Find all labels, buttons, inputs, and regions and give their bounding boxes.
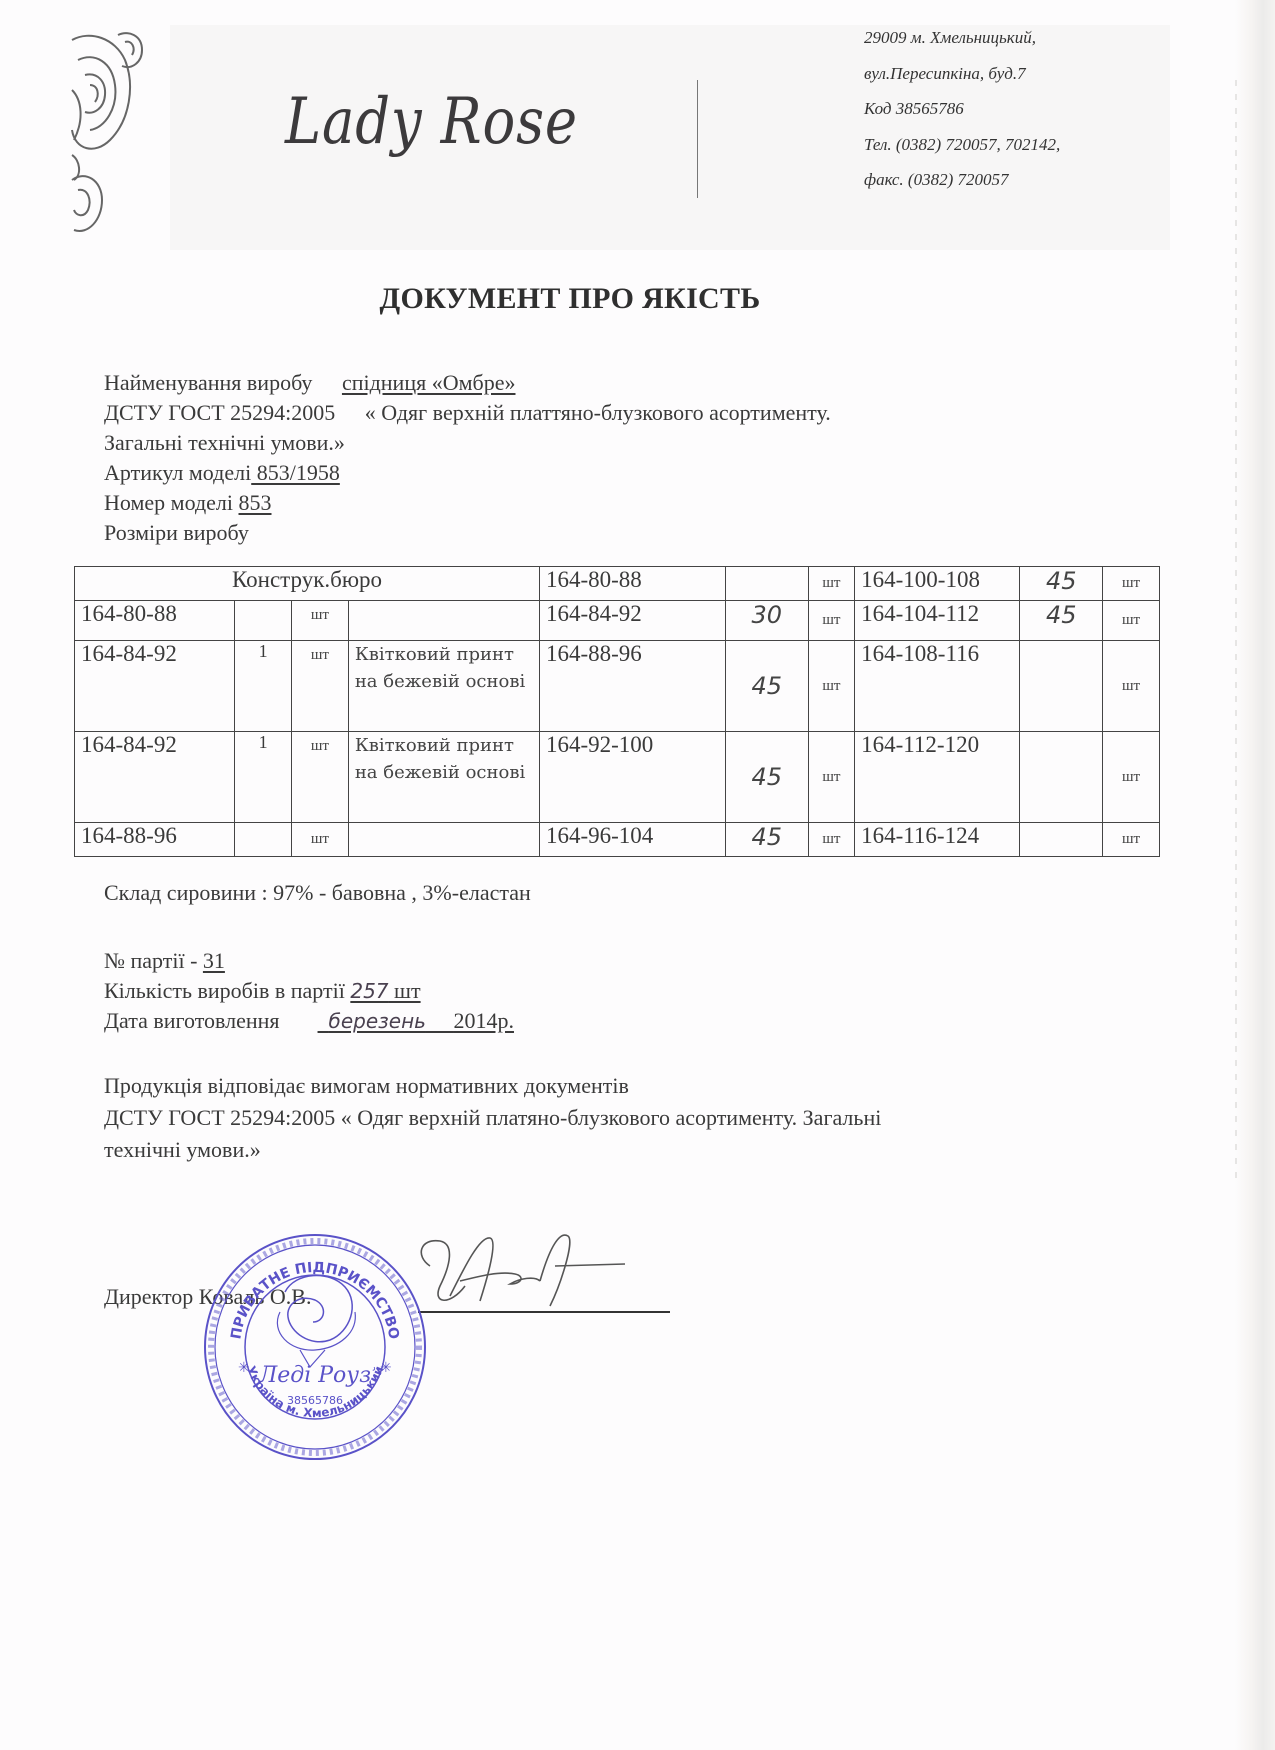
qty-cell (1020, 641, 1103, 732)
qty-cell: 45 (725, 823, 808, 857)
batch-count-value: 257 (350, 979, 388, 1003)
brand-logo: Lady Rose (285, 85, 578, 159)
qty-cell (235, 601, 292, 641)
conformity-line: Продукція відповідає вимогам нормативних… (104, 1070, 881, 1102)
manufacture-month: березень (329, 1009, 426, 1033)
size-cell: 164-84-92 (75, 732, 235, 823)
size-cell: 164-88-96 (75, 823, 235, 857)
unit-cell: шт (1103, 601, 1160, 641)
product-name-value: спідниця «Омбре» (342, 370, 516, 395)
conformity-line: ДСТУ ГОСТ 25294:2005 « Одяг верхній плат… (104, 1102, 881, 1134)
design-bureau-header: Конструк.бюро (75, 567, 540, 601)
qty-cell: 45 (725, 732, 808, 823)
product-name-row: Найменування виробу спідниця «Омбре» (104, 368, 831, 398)
unit-cell: шт (1103, 732, 1160, 823)
unit-cell: шт (291, 641, 348, 732)
address-city: 29009 м. Хмельницький, (864, 20, 1060, 56)
note-cell (348, 823, 539, 857)
page-title: ДОКУМЕНТ ПРО ЯКІСТЬ (0, 282, 1140, 316)
qty-cell (1020, 732, 1103, 823)
article-row: Артикул моделі 853/1958 (104, 458, 831, 488)
table-row: 164-84-92 1 шт Квітковий принт на бежеві… (75, 641, 1160, 732)
model-number-value: 853 (239, 490, 272, 515)
unit-cell: шт (291, 601, 348, 641)
scan-edge (1235, 0, 1275, 1750)
size-cell: 164-80-88 (539, 567, 725, 601)
svg-text:✳: ✳ (380, 1360, 392, 1376)
company-phone: Тел. (0382) 720057, 702142, (864, 127, 1060, 163)
article-value: 853/1958 (251, 460, 340, 485)
qty-cell (725, 567, 808, 601)
table-row: 164-80-88 шт 164-84-92 30 шт 164-104-112… (75, 601, 1160, 641)
model-number-label: Номер моделі (104, 490, 239, 515)
unit-cell: шт (808, 732, 855, 823)
unit-cell: шт (808, 567, 855, 601)
qty-cell: 30 (725, 601, 808, 641)
batch-count-row: Кількість виробів в партії 257 шт (104, 976, 514, 1006)
company-address: 29009 м. Хмельницький, вул.Пересипкіна, … (864, 20, 1060, 198)
batch-count-unit: шт (389, 978, 421, 1003)
scan-artifact (1235, 80, 1237, 1180)
table-row: 164-88-96 шт 164-96-104 45 шт 164-116-12… (75, 823, 1160, 857)
note-cell: Квітковий принт на бежевій основі (348, 732, 539, 823)
qty-cell: 45 (1020, 601, 1103, 641)
size-cell: 164-96-104 (539, 823, 725, 857)
company-fax: факс. (0382) 720057 (864, 162, 1060, 198)
size-cell: 164-84-92 (75, 641, 235, 732)
size-cell: 164-92-100 (539, 732, 725, 823)
manufacture-date-field: березень 2014р. (318, 1008, 514, 1033)
unit-cell: шт (291, 732, 348, 823)
batch-count-label: Кількість виробів в партії (104, 978, 350, 1003)
qty-cell (1020, 823, 1103, 857)
product-name-label: Найменування виробу (104, 370, 312, 395)
address-street: вул.Пересипкіна, буд.7 (864, 56, 1060, 92)
table-row: Конструк.бюро 164-80-88 шт 164-100-108 4… (75, 567, 1160, 601)
product-details: Найменування виробу спідниця «Омбре» ДСТ… (104, 368, 831, 548)
sizes-table: Конструк.бюро 164-80-88 шт 164-100-108 4… (74, 566, 1160, 857)
batch-count-field: 257 шт (350, 978, 420, 1003)
rose-decoration-icon (70, 30, 145, 245)
unit-cell: шт (1103, 641, 1160, 732)
size-cell: 164-112-120 (855, 732, 1020, 823)
unit-cell: шт (1103, 823, 1160, 857)
conformity-line: технічні умови.» (104, 1134, 881, 1166)
signature-icon (410, 1226, 630, 1326)
batch-number-row: № партії - 31 (104, 946, 514, 976)
sizes-label: Розміри виробу (104, 518, 831, 548)
unit-cell: шт (808, 641, 855, 732)
manufacture-date-row: Дата виготовлення березень 2014р. (104, 1006, 514, 1036)
unit-cell: шт (291, 823, 348, 857)
qty-cell: 1 (235, 732, 292, 823)
qty-cell: 45 (1020, 567, 1103, 601)
manufacture-date-label: Дата виготовлення (104, 1008, 280, 1033)
manufacture-year: 2014р. (453, 1008, 514, 1033)
company-code: Код 38565786 (864, 91, 1060, 127)
svg-text:Леді Роуз: Леді Роуз (258, 1363, 371, 1388)
size-cell: 164-108-116 (855, 641, 1020, 732)
model-number-row: Номер моделі 853 (104, 488, 831, 518)
size-cell: 164-100-108 (855, 567, 1020, 601)
svg-text:✳: ✳ (238, 1360, 250, 1376)
note-cell (348, 601, 539, 641)
batch-details: № партії - 31 Кількість виробів в партії… (104, 946, 514, 1036)
table-row: 164-84-92 1 шт Квітковий принт на бежеві… (75, 732, 1160, 823)
conformity-statement: Продукція відповідає вимогам нормативних… (104, 1070, 881, 1166)
qty-cell: 45 (725, 641, 808, 732)
qty-cell (235, 823, 292, 857)
size-cell: 164-84-92 (539, 601, 725, 641)
unit-cell: шт (808, 601, 855, 641)
note-cell: Квітковий принт на бежевій основі (348, 641, 539, 732)
batch-number-label: № партії - (104, 948, 203, 973)
material-composition: Склад сировини : 97% - бавовна , 3%-елас… (104, 880, 531, 906)
letterhead-divider (697, 80, 698, 198)
standard-row-continued: Загальні технічні умови.» (104, 428, 831, 458)
standard-title: « Одяг верхній платтяно-блузкового асорт… (365, 400, 831, 425)
qty-cell: 1 (235, 641, 292, 732)
size-cell: 164-116-124 (855, 823, 1020, 857)
size-cell: 164-88-96 (539, 641, 725, 732)
article-label: Артикул моделі (104, 460, 251, 485)
standard-code: ДСТУ ГОСТ 25294:2005 (104, 400, 335, 425)
standard-row: ДСТУ ГОСТ 25294:2005 « Одяг верхній плат… (104, 398, 831, 428)
size-cell: 164-104-112 (855, 601, 1020, 641)
unit-cell: шт (1103, 567, 1160, 601)
unit-cell: шт (808, 823, 855, 857)
company-stamp-icon: ПРИВАТНЕ ПІДПРИЄМСТВО Леді Роуз 38565786… (200, 1232, 430, 1462)
size-cell: 164-80-88 (75, 601, 235, 641)
batch-number-value: 31 (203, 948, 225, 973)
